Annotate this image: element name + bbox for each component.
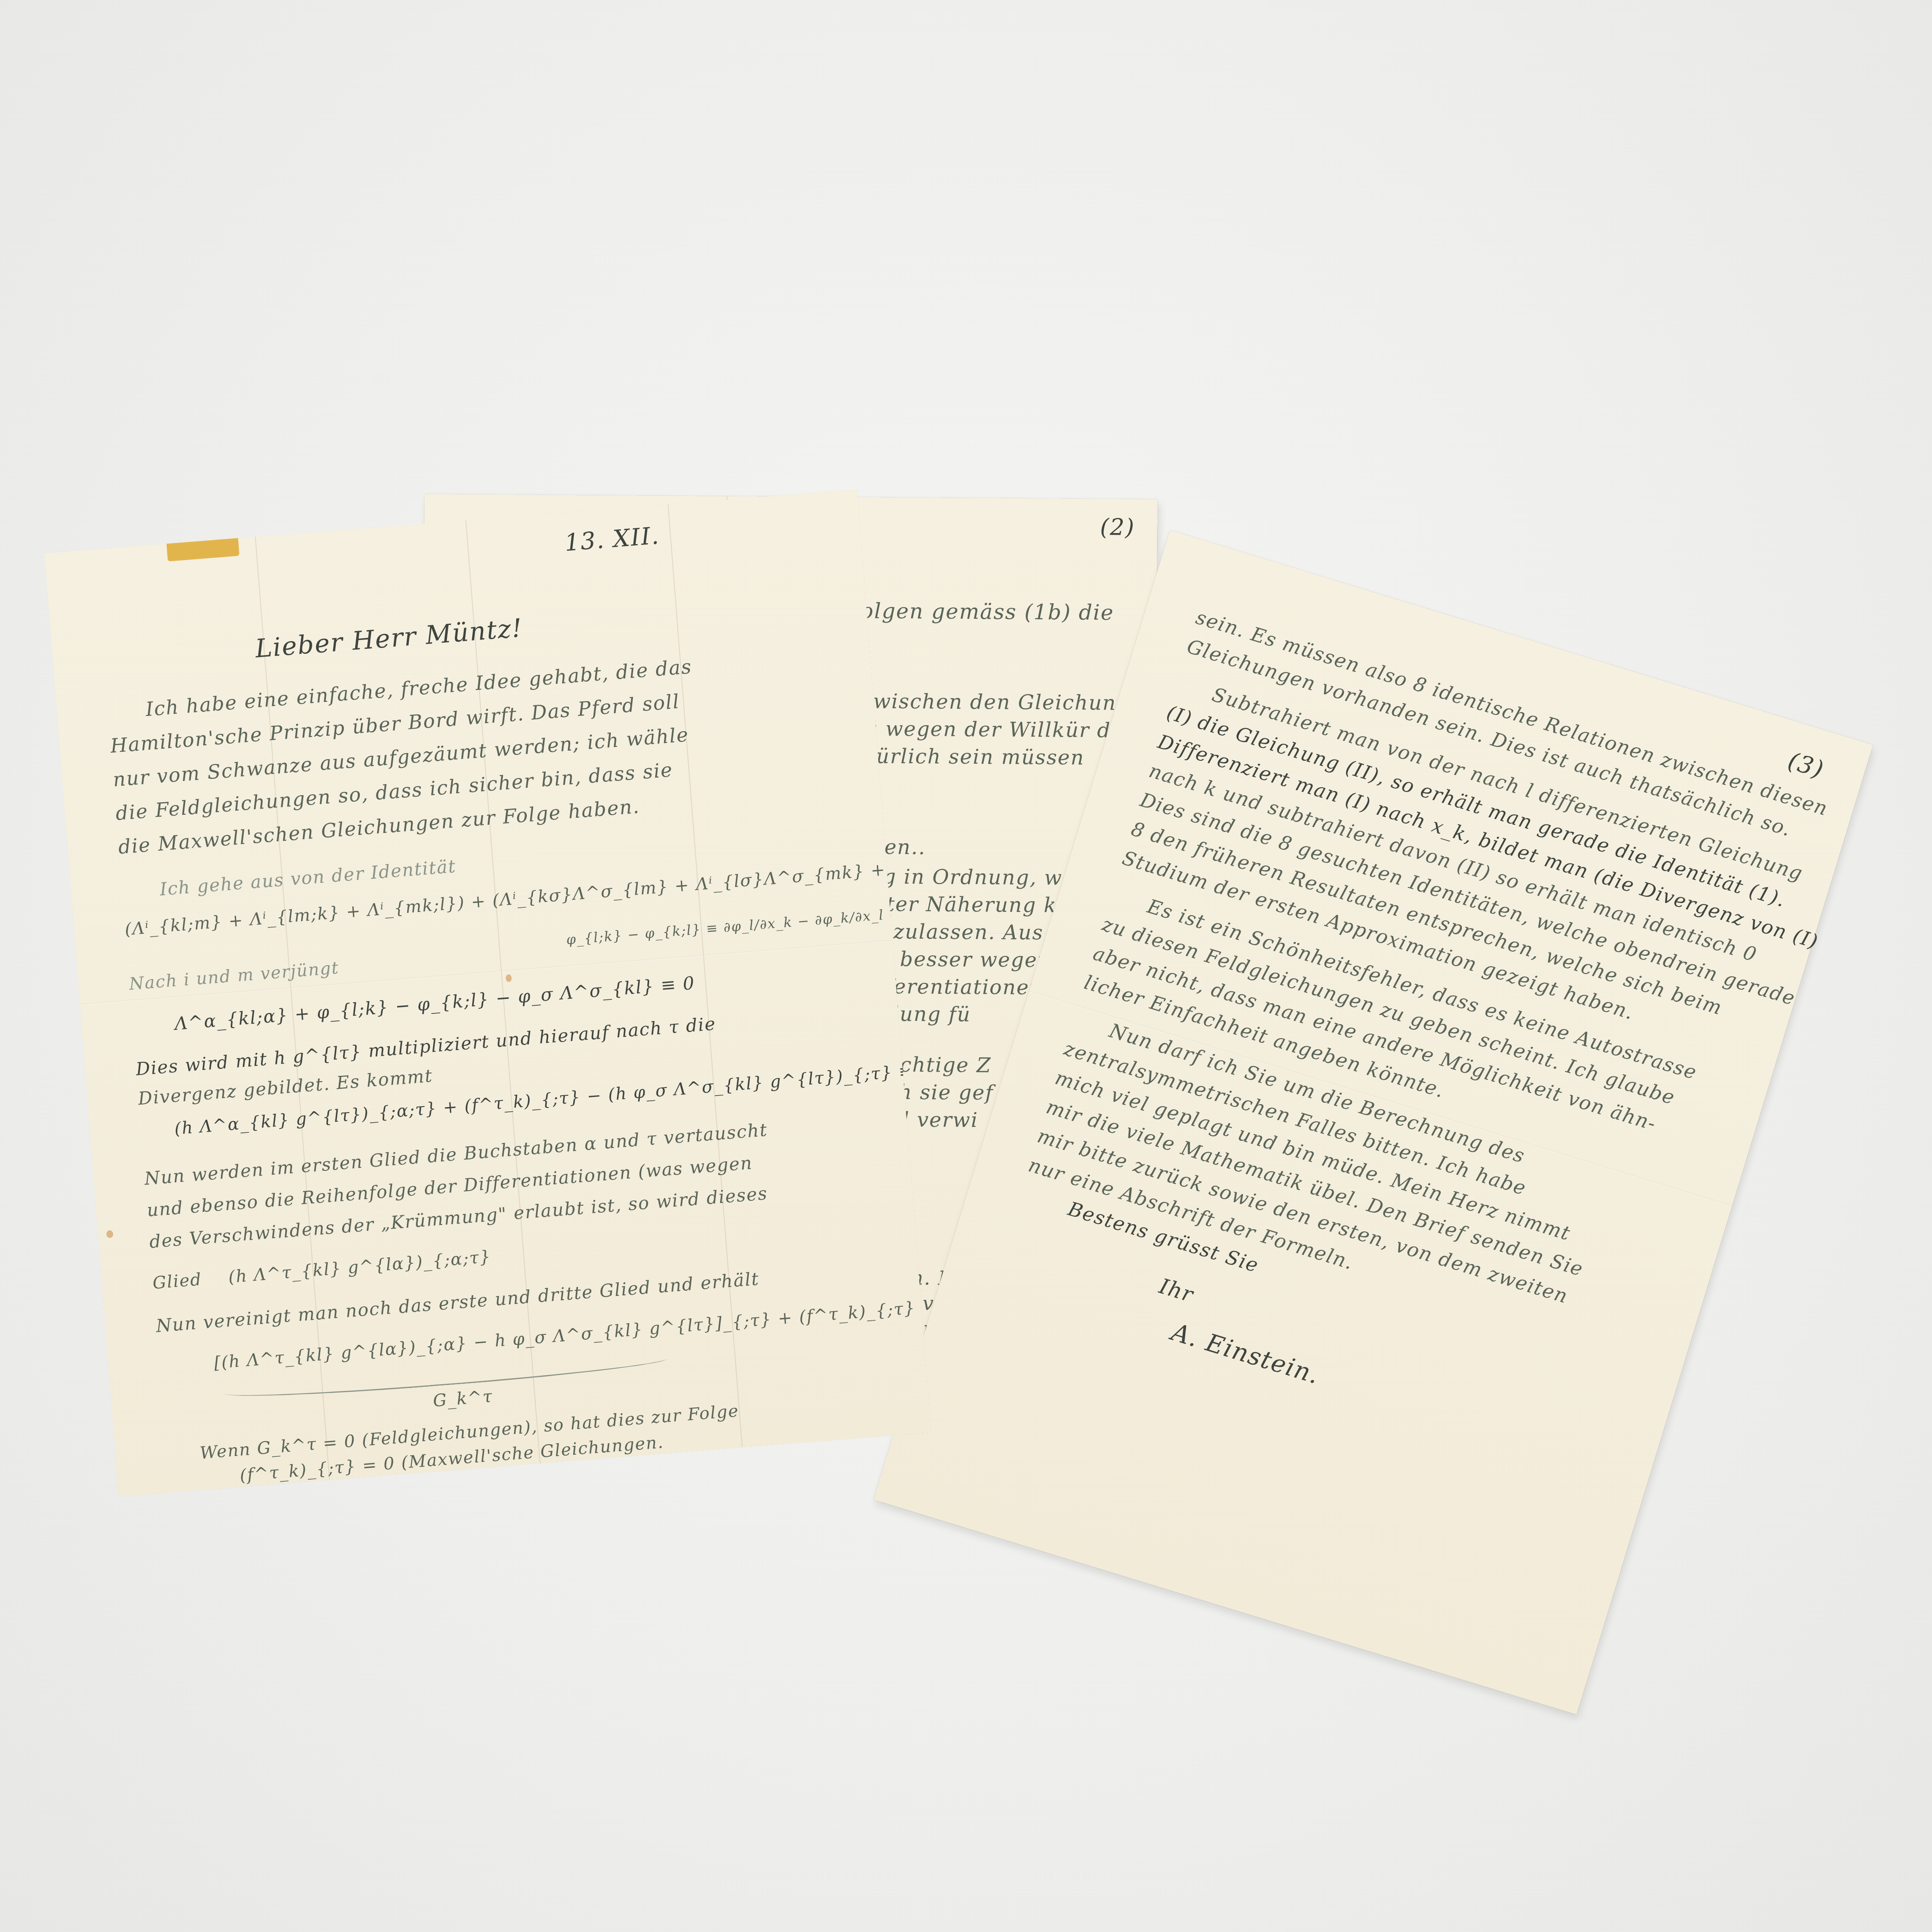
letter-page-1: 13. XII. Lieber Herr Müntz! Ich habe ein… [44, 490, 931, 1497]
equation-term: (h Λ^τ_{kl} g^{lα})_{;α;τ} [228, 1247, 492, 1287]
equation-brace-label: G_k^τ [432, 1387, 493, 1411]
text-line: Ich gehe aus von der Identität [159, 856, 457, 900]
foxing-stain [106, 1230, 113, 1238]
text-line: Glied [152, 1270, 203, 1293]
salutation: Lieber Herr Müntz! [254, 613, 524, 664]
text-line: Nach i und m verjüngt [128, 958, 340, 994]
letter-date: 13. XII. [563, 522, 660, 557]
equation-divergence: (h Λ^α_{kl} g^{lτ})_{;α;τ} + (f^τ_k)_{;τ… [174, 1060, 932, 1139]
page-number: (3) [1785, 747, 1827, 784]
foxing-stain [506, 974, 512, 982]
page-number: (2) [1100, 514, 1135, 541]
